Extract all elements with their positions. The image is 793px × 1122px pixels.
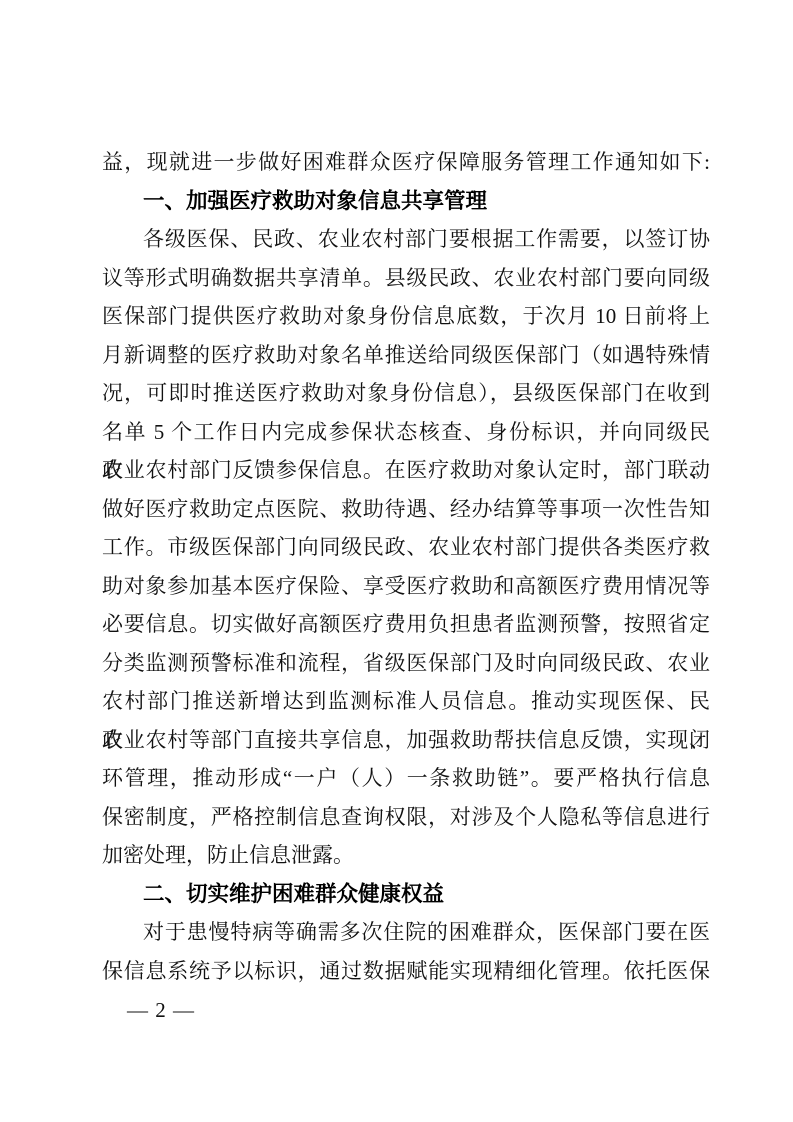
- section-heading: 二、切实维护困难群众健康权益: [102, 875, 710, 914]
- text-line: 农村部门推送新增达到监测标准人员信息。推动实现医保、民政、: [102, 682, 710, 721]
- text-line: 农业农村部门反馈参保信息。在医疗救助对象认定时，部门联动: [102, 451, 710, 490]
- text-line: 分类监测预警标准和流程，省级医保部门及时向同级民政、农业: [102, 644, 710, 683]
- text-line: 况，可即时推送医疗救助对象身份信息），县级医保部门在收到: [102, 374, 710, 413]
- text-line: 保信息系统予以标识，通过数据赋能实现精细化管理。依托医保: [102, 952, 710, 991]
- text-line: 对于患慢特病等确需多次住院的困难群众，医保部门要在医: [102, 913, 710, 952]
- text-line: 必要信息。切实做好高额医疗费用负担患者监测预警，按照省定: [102, 605, 710, 644]
- text-line: 做好医疗救助定点医院、救助待遇、经办结算等事项一次性告知: [102, 490, 710, 529]
- text-line: 加密处理，防止信息泄露。: [102, 836, 710, 875]
- text-line: 医保部门提供医疗救助对象身份信息底数，于次月 10 日前将上: [102, 297, 710, 336]
- text-line: 环管理，推动形成“一户（人）一条救助链”。要严格执行信息: [102, 759, 710, 798]
- text-line: 保密制度，严格控制信息查询权限，对涉及个人隐私等信息进行: [102, 798, 710, 837]
- section-heading: 一、加强医疗救助对象信息共享管理: [102, 182, 710, 221]
- text-line: 各级医保、民政、农业农村部门要根据工作需要，以签订协: [102, 220, 710, 259]
- text-line: 月新调整的医疗救助对象名单推送给同级医保部门（如遇特殊情: [102, 336, 710, 375]
- page-number: — 2 —: [127, 998, 195, 1022]
- text-line: 工作。市级医保部门向同级民政、农业农村部门提供各类医疗救: [102, 528, 710, 567]
- text-line: 名单 5 个工作日内完成参保状态核查、身份标识，并向同级民政、: [102, 413, 710, 452]
- document-page: 益，现就进一步做好困难群众医疗保障服务管理工作通知如下:一、加强医疗救助对象信息…: [0, 0, 793, 1122]
- text-line: 益，现就进一步做好困难群众医疗保障服务管理工作通知如下:: [102, 143, 710, 182]
- text-line: 农业农村等部门直接共享信息，加强救助帮扶信息反馈，实现闭: [102, 721, 710, 760]
- page-footer: — 2 —: [127, 997, 195, 1023]
- text-line: 议等形式明确数据共享清单。县级民政、农业农村部门要向同级: [102, 259, 710, 298]
- document-body: 益，现就进一步做好困难群众医疗保障服务管理工作通知如下:一、加强医疗救助对象信息…: [102, 143, 710, 990]
- text-line: 助对象参加基本医疗保险、享受医疗救助和高额医疗费用情况等: [102, 567, 710, 606]
